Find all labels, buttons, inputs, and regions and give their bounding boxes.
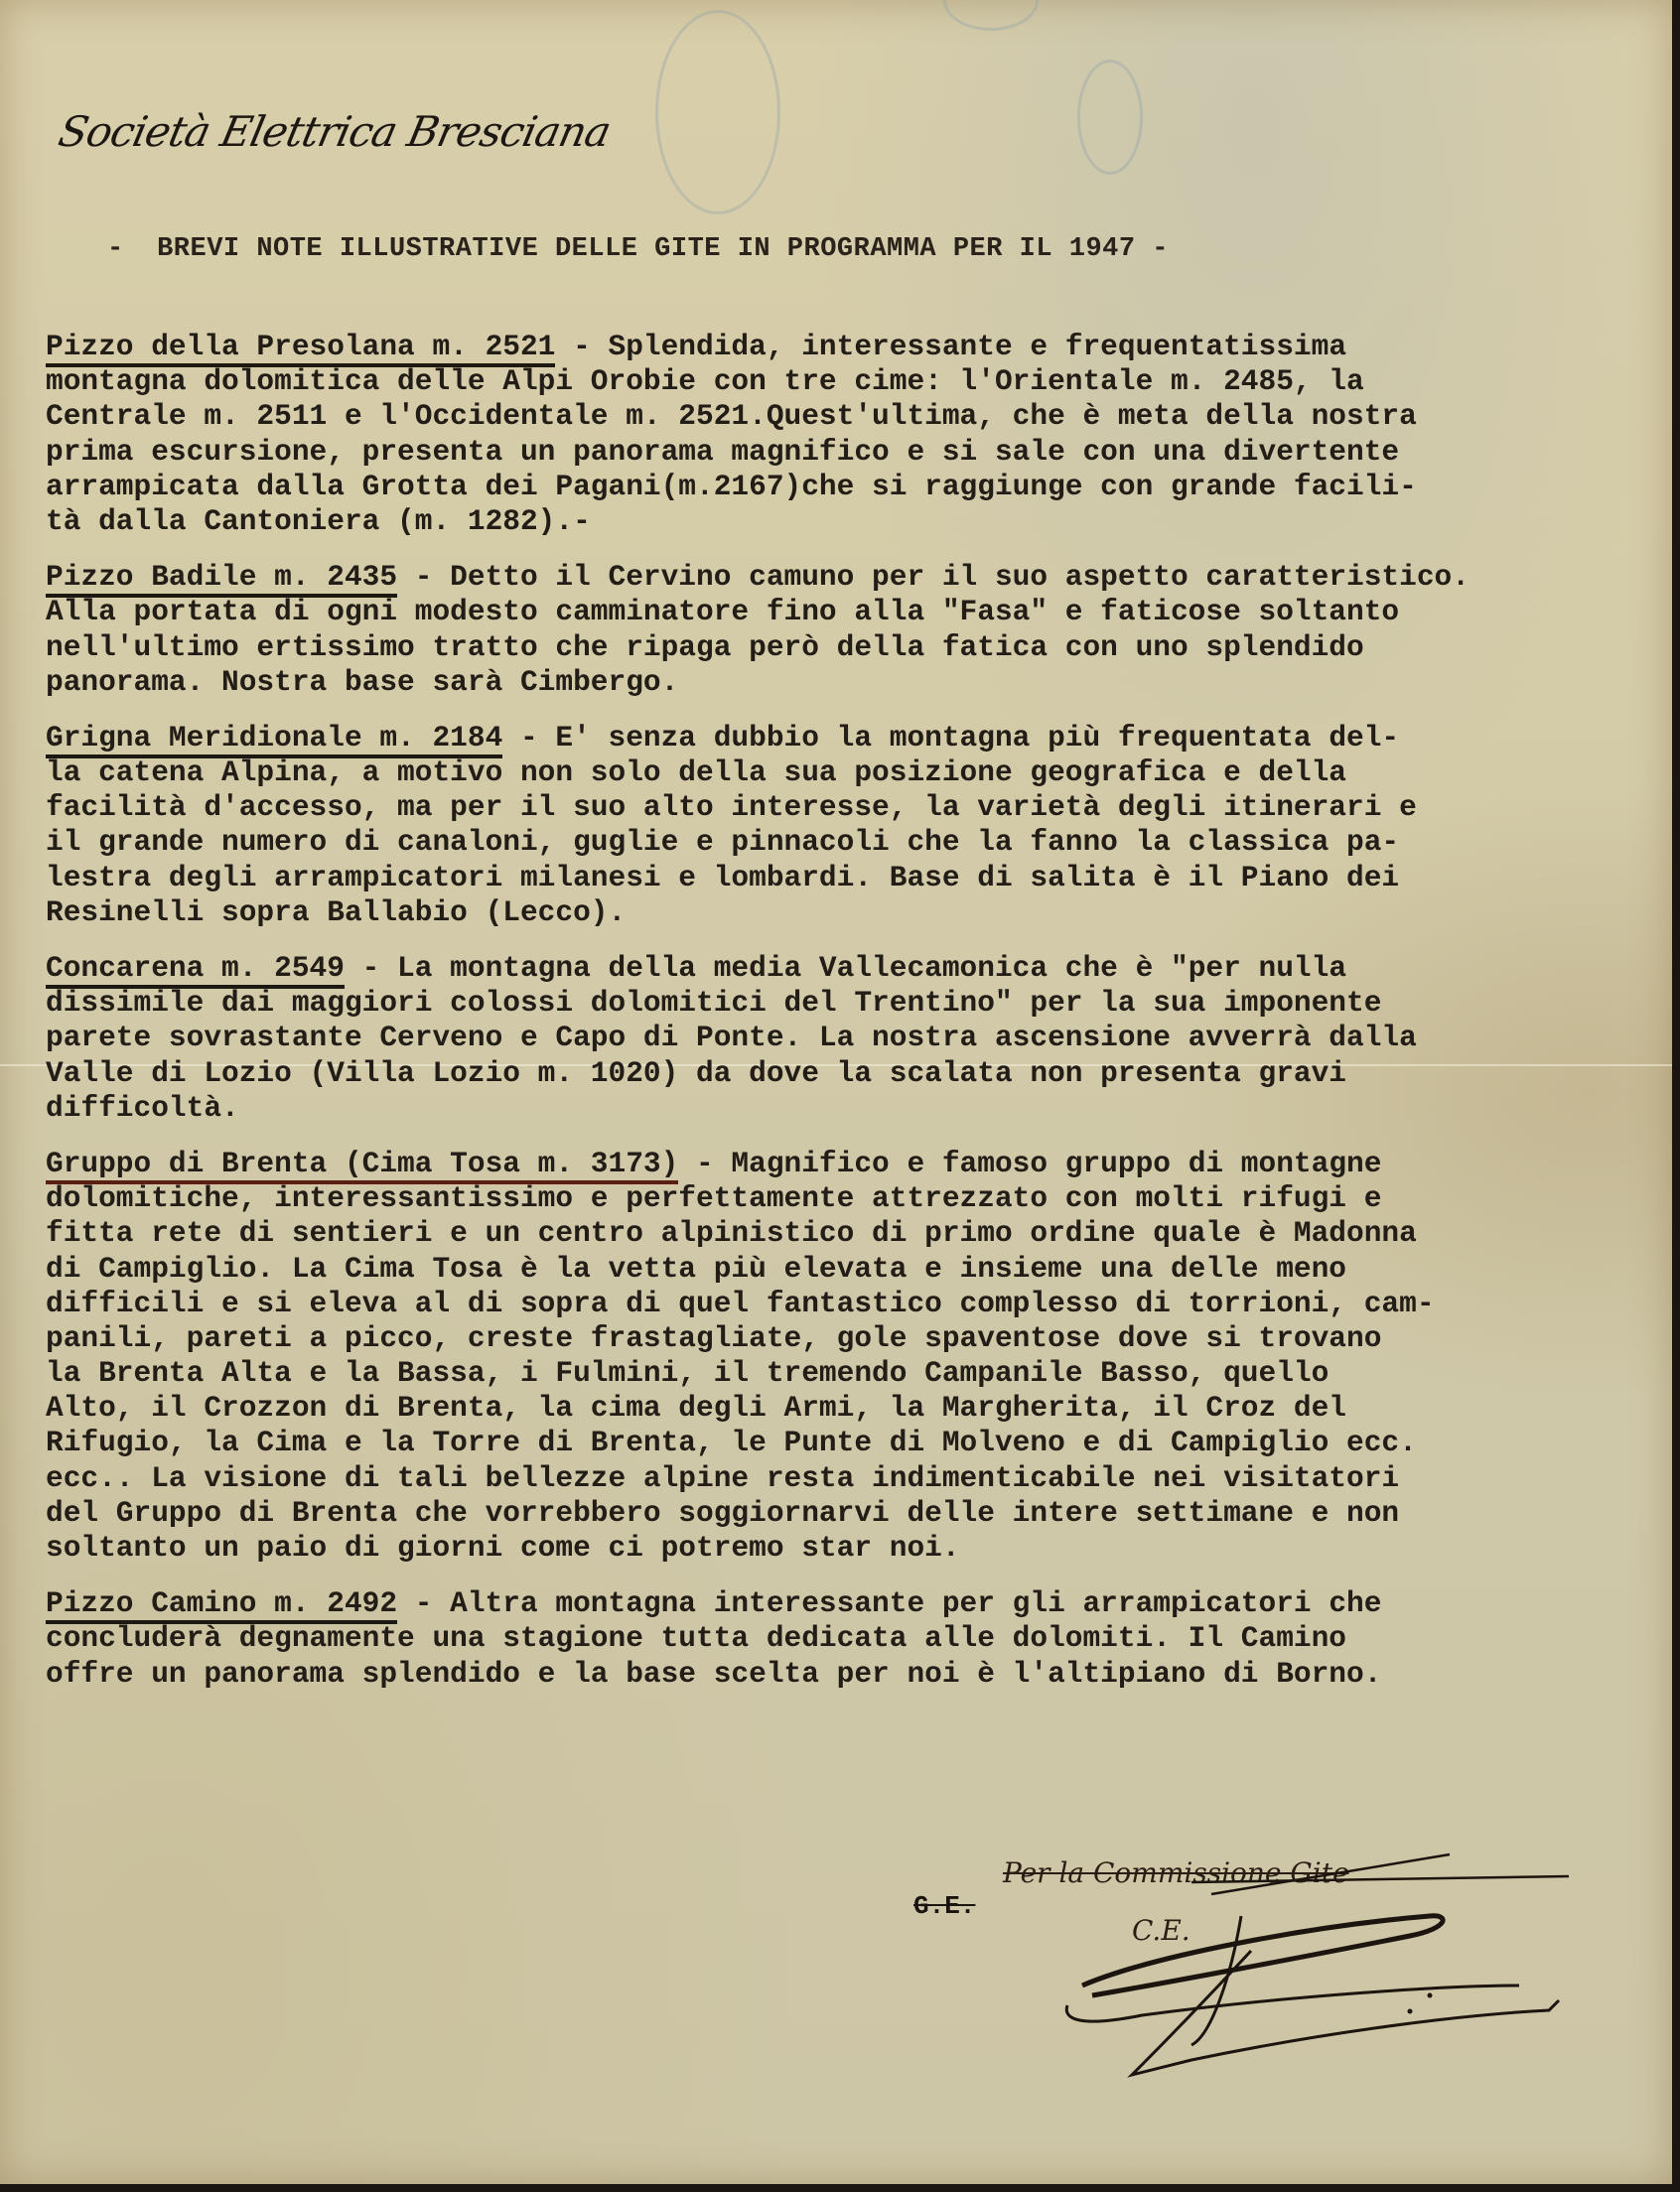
entry-text: panorama. Nostra base sarà Cimbergo. [46, 665, 1664, 700]
entry-text: facilità d'accesso, ma per il suo alto i… [46, 790, 1664, 825]
entry-text: Centrale m. 2511 e l'Occidentale m. 2521… [46, 399, 1664, 434]
entry-text: difficili e si eleva al di sopra di quel… [46, 1287, 1664, 1321]
entry-text: - Splendida, interessante e frequentatis… [555, 330, 1346, 363]
entry-text: di Campiglio. La Cima Tosa è la vetta pi… [46, 1252, 1664, 1287]
entry-heading: Gruppo di Brenta (Cima Tosa m. 3173) [46, 1147, 678, 1184]
entry-presolana: Pizzo della Presolana m. 2521 - Splendid… [46, 330, 1664, 539]
entry-text: concluderà degnamente una stagione tutta… [46, 1621, 1664, 1656]
entry-text: difficoltà. [46, 1091, 1664, 1126]
entry-text: panili, pareti a picco, creste frastagli… [46, 1321, 1664, 1356]
entry-heading: Grigna Meridionale m. 2184 [46, 721, 502, 758]
entry-text: nell'ultimo ertissimo tratto che ripaga … [46, 630, 1664, 665]
entry-heading: Pizzo Camino m. 2492 [46, 1586, 397, 1624]
entry-text: tà dalla Cantoniera (m. 1282).- [46, 504, 1664, 539]
entry-text: - E' senza dubbio la montagna più freque… [502, 721, 1399, 754]
entry-text: del Gruppo di Brenta che vorrebbero sogg… [46, 1496, 1664, 1531]
watermark-mark [1077, 60, 1143, 175]
entry-text: lestra degli arrampicatori milanesi e lo… [46, 861, 1664, 895]
entry-text: - Detto il Cervino camuno per il suo asp… [397, 560, 1470, 594]
entry-text: Valle di Lozio (Villa Lozio m. 1020) da … [46, 1056, 1664, 1091]
signature-block: G.E. Per la Commissione Gite C.E. [894, 1837, 1609, 2095]
entry-text: prima escursione, presenta un panorama m… [46, 435, 1664, 470]
entry-text: dolomitiche, interessantissimo e perfett… [46, 1181, 1664, 1216]
entry-text: parete sovrastante Cerveno e Capo di Pon… [46, 1021, 1664, 1055]
entry-heading: Pizzo della Presolana m. 2521 [46, 330, 555, 367]
entry-text: Alla portata di ogni modesto camminatore… [46, 595, 1664, 629]
entry-text: - Magnifico e famoso gruppo di montagne [678, 1147, 1381, 1180]
entry-text: soltanto un paio di giorni come ci potre… [46, 1531, 1664, 1566]
entry-text: fitta rete di sentieri e un centro alpin… [46, 1216, 1664, 1251]
entry-text: Alto, il Crozzon di Brenta, la cima degl… [46, 1391, 1664, 1426]
document-body: Pizzo della Presolana m. 2521 - Splendid… [46, 330, 1664, 1712]
entry-text: Rifugio, la Cima e la Torre di Brenta, l… [46, 1426, 1664, 1460]
entry-camino: Pizzo Camino m. 2492 - Altra montagna in… [46, 1586, 1664, 1692]
entry-heading: Pizzo Badile m. 2435 [46, 560, 397, 598]
document-title: - BREVI NOTE ILLUSTRATIVE DELLE GITE IN … [107, 234, 1169, 264]
letterhead: Società Elettrica Bresciana [55, 107, 615, 156]
entry-text: offre un panorama splendido e la base sc… [46, 1657, 1664, 1692]
entry-brenta: Gruppo di Brenta (Cima Tosa m. 3173) - M… [46, 1147, 1664, 1566]
entry-text: - Altra montagna interessante per gli ar… [397, 1586, 1381, 1620]
entry-text: arrampicata dalla Grotta dei Pagani(m.21… [46, 470, 1664, 504]
entry-text: montagna dolomitica delle Alpi Orobie co… [46, 364, 1664, 399]
entry-text: ecc.. La visione di tali bellezze alpine… [46, 1461, 1664, 1496]
entry-concarena: Concarena m. 2549 - La montagna della me… [46, 951, 1664, 1126]
entry-text: la catena Alpina, a motivo non solo dell… [46, 755, 1664, 790]
entry-text: Resinelli sopra Ballabio (Lecco). [46, 895, 1664, 930]
watermark-mark [943, 0, 1039, 31]
watermark-mark [655, 10, 780, 214]
entry-text: il grande numero di canaloni, guglie e p… [46, 825, 1664, 860]
entry-heading: Concarena m. 2549 [46, 951, 345, 989]
entry-grigna: Grigna Meridionale m. 2184 - E' senza du… [46, 721, 1664, 930]
entry-text: - La montagna della media Vallecamonica … [345, 951, 1346, 985]
entry-text: la Brenta Alta e la Bassa, i Fulmini, il… [46, 1356, 1664, 1391]
signature-scribble-icon [894, 1837, 1609, 2095]
entry-badile: Pizzo Badile m. 2435 - Detto il Cervino … [46, 560, 1664, 700]
entry-text: dissimile dai maggiori colossi dolomitic… [46, 986, 1664, 1021]
